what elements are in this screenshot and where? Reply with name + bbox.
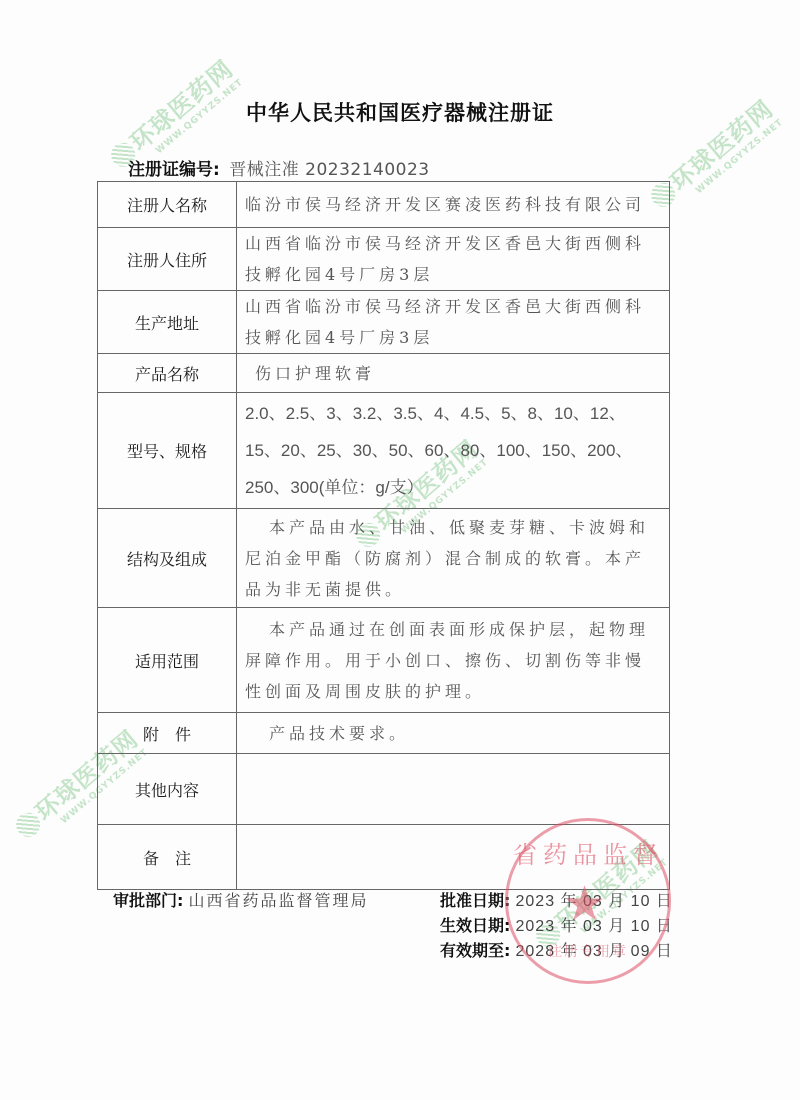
table-row: 备 注 (98, 825, 670, 890)
registration-number-label: 注册证编号: (128, 160, 220, 180)
approval-department-label: 审批部门: (113, 891, 183, 910)
table-row: 产品名称 伤口护理软膏 (98, 354, 670, 393)
row-label: 结构及组成 (98, 509, 237, 608)
row-value: 本产品通过在创面表面形成保护层，起物理屏障作用。用于小创口、擦伤、切割伤等非慢性… (237, 608, 670, 713)
registration-number: 注册证编号: 晋械注准 20232140023 (128, 155, 430, 180)
globe-icon (11, 808, 45, 842)
row-value: 伤口护理软膏 (237, 354, 670, 393)
row-label: 附 件 (98, 713, 237, 754)
approval-date-value: 2023 年 03 月 10 日 (516, 893, 673, 910)
row-label: 型号、规格 (98, 393, 237, 509)
document-title: 中华人民共和国医疗器械注册证 (0, 97, 800, 127)
valid-until-value: 2028 年 03 月 09 日 (516, 943, 673, 960)
certificate-table: 注册人名称 临汾市侯马经济开发区赛凌医药科技有限公司 注册人住所 山西省临汾市侯… (97, 181, 670, 890)
row-value: 山西省临汾市侯马经济开发区香邑大街西侧科技孵化园4号厂房3层 (237, 228, 670, 291)
row-value: 2.0、2.5、3、3.2、3.5、4、4.5、5、8、10、12、15、20、… (237, 393, 670, 509)
row-label: 注册人名称 (98, 182, 237, 228)
row-label: 其他内容 (98, 754, 237, 825)
row-label: 产品名称 (98, 354, 237, 393)
table-row: 结构及组成 本产品由水、甘油、低聚麦芽糖、卡波姆和尼泊金甲酯（防腐剂）混合制成的… (98, 509, 670, 608)
valid-until-label: 有效期至: (440, 941, 510, 960)
effective-date: 生效日期: 2023 年 03 月 10 日 (440, 913, 673, 936)
table-row: 其他内容 (98, 754, 670, 825)
approval-department-value: 山西省药品监督管理局 (189, 891, 369, 910)
row-value: 本产品由水、甘油、低聚麦芽糖、卡波姆和尼泊金甲酯（防腐剂）混合制成的软膏。本产品… (237, 509, 670, 608)
effective-date-label: 生效日期: (440, 916, 510, 935)
approval-department: 审批部门: 山西省药品监督管理局 (113, 888, 369, 911)
effective-date-value: 2023 年 03 月 10 日 (516, 918, 673, 935)
table-row: 注册人名称 临汾市侯马经济开发区赛凌医药科技有限公司 (98, 182, 670, 228)
row-value (237, 754, 670, 825)
row-value: 临汾市侯马经济开发区赛凌医药科技有限公司 (237, 182, 670, 228)
approval-date-label: 批准日期: (440, 891, 510, 910)
table-row: 注册人住所 山西省临汾市侯马经济开发区香邑大街西侧科技孵化园4号厂房3层 (98, 228, 670, 291)
row-value (237, 825, 670, 890)
row-label: 备 注 (98, 825, 237, 890)
valid-until: 有效期至: 2028 年 03 月 09 日 (440, 938, 673, 961)
registration-number-value: 晋械注准 20232140023 (229, 160, 429, 180)
row-label: 注册人住所 (98, 228, 237, 291)
row-label: 生产地址 (98, 291, 237, 354)
row-value: 山西省临汾市侯马经济开发区香邑大街西侧科技孵化园4号厂房3层 (237, 291, 670, 354)
row-label: 适用范围 (98, 608, 237, 713)
approval-date: 批准日期: 2023 年 03 月 10 日 (440, 888, 673, 911)
row-value: 产品技术要求。 (237, 713, 670, 754)
table-row: 附 件 产品技术要求。 (98, 713, 670, 754)
table-row: 型号、规格 2.0、2.5、3、3.2、3.5、4、4.5、5、8、10、12、… (98, 393, 670, 509)
table-row: 适用范围 本产品通过在创面表面形成保护层，起物理屏障作用。用于小创口、擦伤、切割… (98, 608, 670, 713)
table-row: 生产地址 山西省临汾市侯马经济开发区香邑大街西侧科技孵化园4号厂房3层 (98, 291, 670, 354)
